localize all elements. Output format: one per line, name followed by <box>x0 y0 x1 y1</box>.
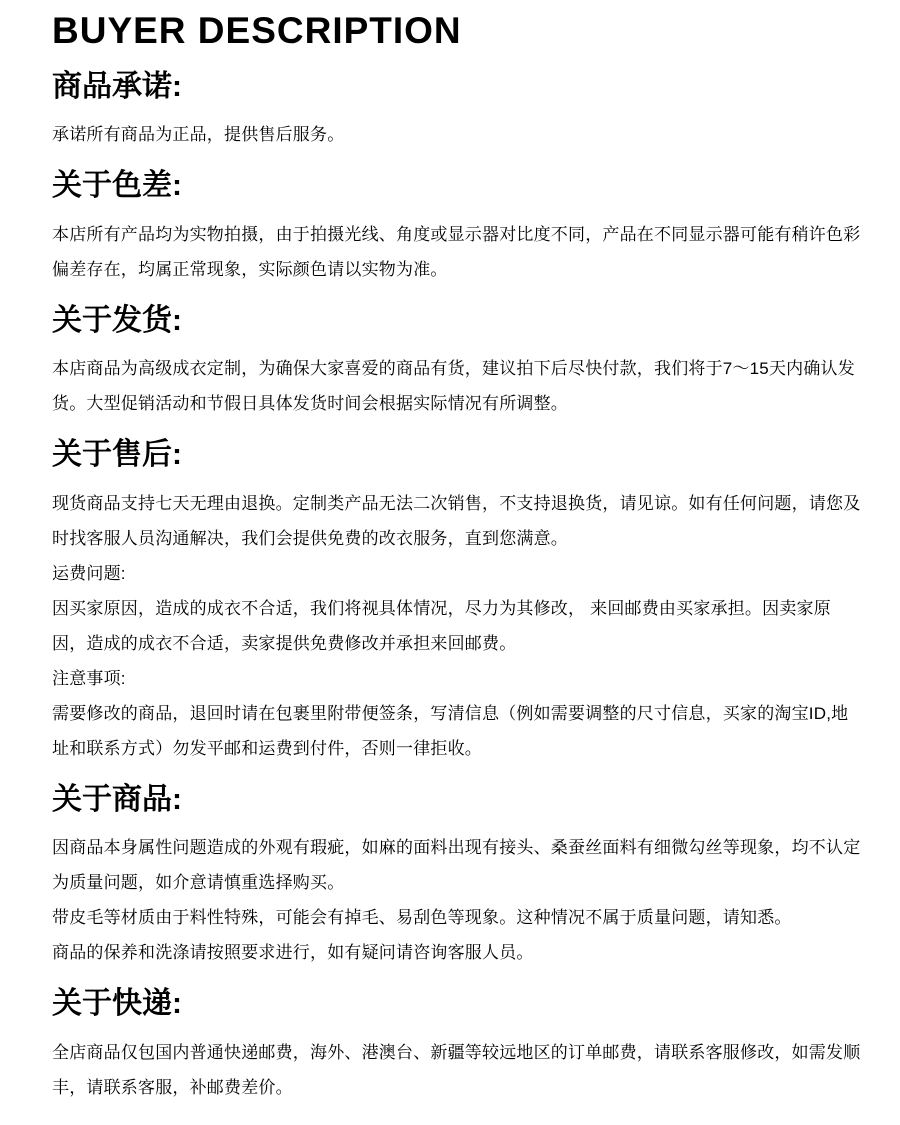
paragraph: 需要修改的商品，退回时请在包裹里附带便签条，写清信息（例如需要调整的尺寸信息，买… <box>52 696 864 766</box>
paragraph: 全店商品仅包国内普通快递邮费，海外、港澳台、新疆等较远地区的订单邮费，请联系客服… <box>52 1035 864 1105</box>
paragraph: 因商品本身属性问题造成的外观有瑕疵，如麻的面料出现有接头、桑蚕丝面料有细微勾丝等… <box>52 830 864 900</box>
paragraph: 带皮毛等材质由于料性特殊，可能会有掉毛、易刮色等现象。这种情况不属于质量问题，请… <box>52 900 864 935</box>
paragraph-subheading-notes: 注意事项: <box>52 661 864 696</box>
section-color-difference: 关于色差: 本店所有产品均为实物拍摄，由于拍摄光线、角度或显示器对比度不同，产品… <box>52 166 864 287</box>
section-heading-after-sales: 关于售后: <box>52 435 864 476</box>
section-shipping: 关于发货: 本店商品为高级成衣定制，为确保大家喜爱的商品有货，建议拍下后尽快付款… <box>52 301 864 422</box>
section-express: 关于快递: 全店商品仅包国内普通快递邮费，海外、港澳台、新疆等较远地区的订单邮费… <box>52 984 864 1105</box>
paragraph: 商品的保养和洗涤请按照要求进行，如有疑问请咨询客服人员。 <box>52 935 864 970</box>
paragraph: 本店商品为高级成衣定制，为确保大家喜爱的商品有货，建议拍下后尽快付款，我们将于7… <box>52 351 864 421</box>
buyer-description-page: BUYER DESCRIPTION 商品承诺: 承诺所有商品为正品，提供售后服务… <box>0 0 900 1125</box>
section-product: 关于商品: 因商品本身属性问题造成的外观有瑕疵，如麻的面料出现有接头、桑蚕丝面料… <box>52 780 864 971</box>
section-heading-shipping: 关于发货: <box>52 301 864 342</box>
paragraph: 因买家原因，造成的成衣不合适，我们将视具体情况，尽力为其修改， 来回邮费由买家承… <box>52 591 864 661</box>
section-heading-product: 关于商品: <box>52 780 864 821</box>
section-product-promise: 商品承诺: 承诺所有商品为正品，提供售后服务。 <box>52 67 864 153</box>
page-title: BUYER DESCRIPTION <box>52 10 864 53</box>
section-after-sales: 关于售后: 现货商品支持七天无理由退换。定制类产品无法二次销售，不支持退换货，请… <box>52 435 864 766</box>
section-heading-product-promise: 商品承诺: <box>52 67 864 108</box>
section-heading-express: 关于快递: <box>52 984 864 1025</box>
section-heading-color-difference: 关于色差: <box>52 166 864 207</box>
paragraph: 承诺所有商品为正品，提供售后服务。 <box>52 117 864 152</box>
paragraph: 现货商品支持七天无理由退换。定制类产品无法二次销售，不支持退换货，请见谅。如有任… <box>52 486 864 556</box>
paragraph-subheading-freight: 运费问题: <box>52 556 864 591</box>
paragraph: 本店所有产品均为实物拍摄，由于拍摄光线、角度或显示器对比度不同，产品在不同显示器… <box>52 217 864 287</box>
